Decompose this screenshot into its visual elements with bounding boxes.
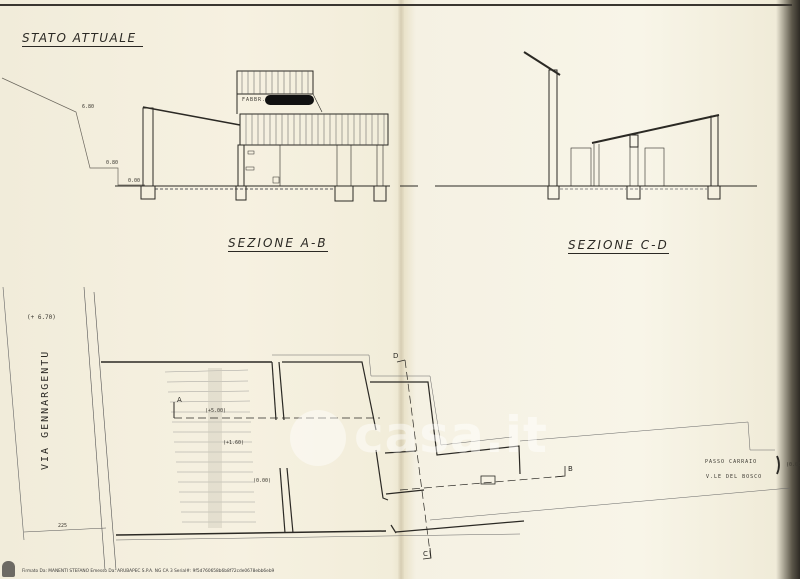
elevation-level-2: 0.80 [106, 160, 118, 166]
signature-stamp-icon [2, 561, 15, 577]
elevation-level-3: 0.00 [128, 178, 140, 184]
street-level-label: (+ 6.70) [27, 314, 56, 321]
section-marker-d: D [393, 352, 398, 360]
elevation-level-1: 6.80 [82, 104, 94, 110]
floor-plan-drawing [3, 287, 790, 570]
redacted-label-box [265, 95, 314, 105]
plan-level-2: (+1.60) [223, 440, 244, 446]
right-level-label: (0.00) [786, 462, 800, 468]
passo-carraio-note: PASSO CARRAIO [705, 459, 757, 465]
redacted-label-prefix: FABBR. [242, 97, 266, 103]
section-ab-title: SEZIONE A-B [228, 236, 328, 252]
page-title: STATO ATTUALE [22, 31, 143, 47]
street-name-label: VIA GENNARGENTU [40, 350, 51, 470]
plan-level-3: (0.00) [253, 478, 271, 484]
plan-level-1: (+5.00) [205, 408, 226, 414]
viale-note: V.LE DEL BOSCO [706, 474, 762, 480]
setback-dimension: 225 [58, 523, 67, 529]
section-cd-drawing [400, 52, 757, 199]
section-ab-drawing [2, 71, 390, 201]
section-marker-c: C [423, 550, 428, 558]
section-marker-a: A [177, 396, 182, 404]
architectural-drawing [0, 0, 800, 579]
section-marker-b: B [568, 465, 573, 473]
section-cd-title: SEZIONE C-D [568, 238, 669, 254]
digital-signature-footer: Firmato Da: MANENTI STEFANO Emesso Da: A… [22, 569, 274, 574]
